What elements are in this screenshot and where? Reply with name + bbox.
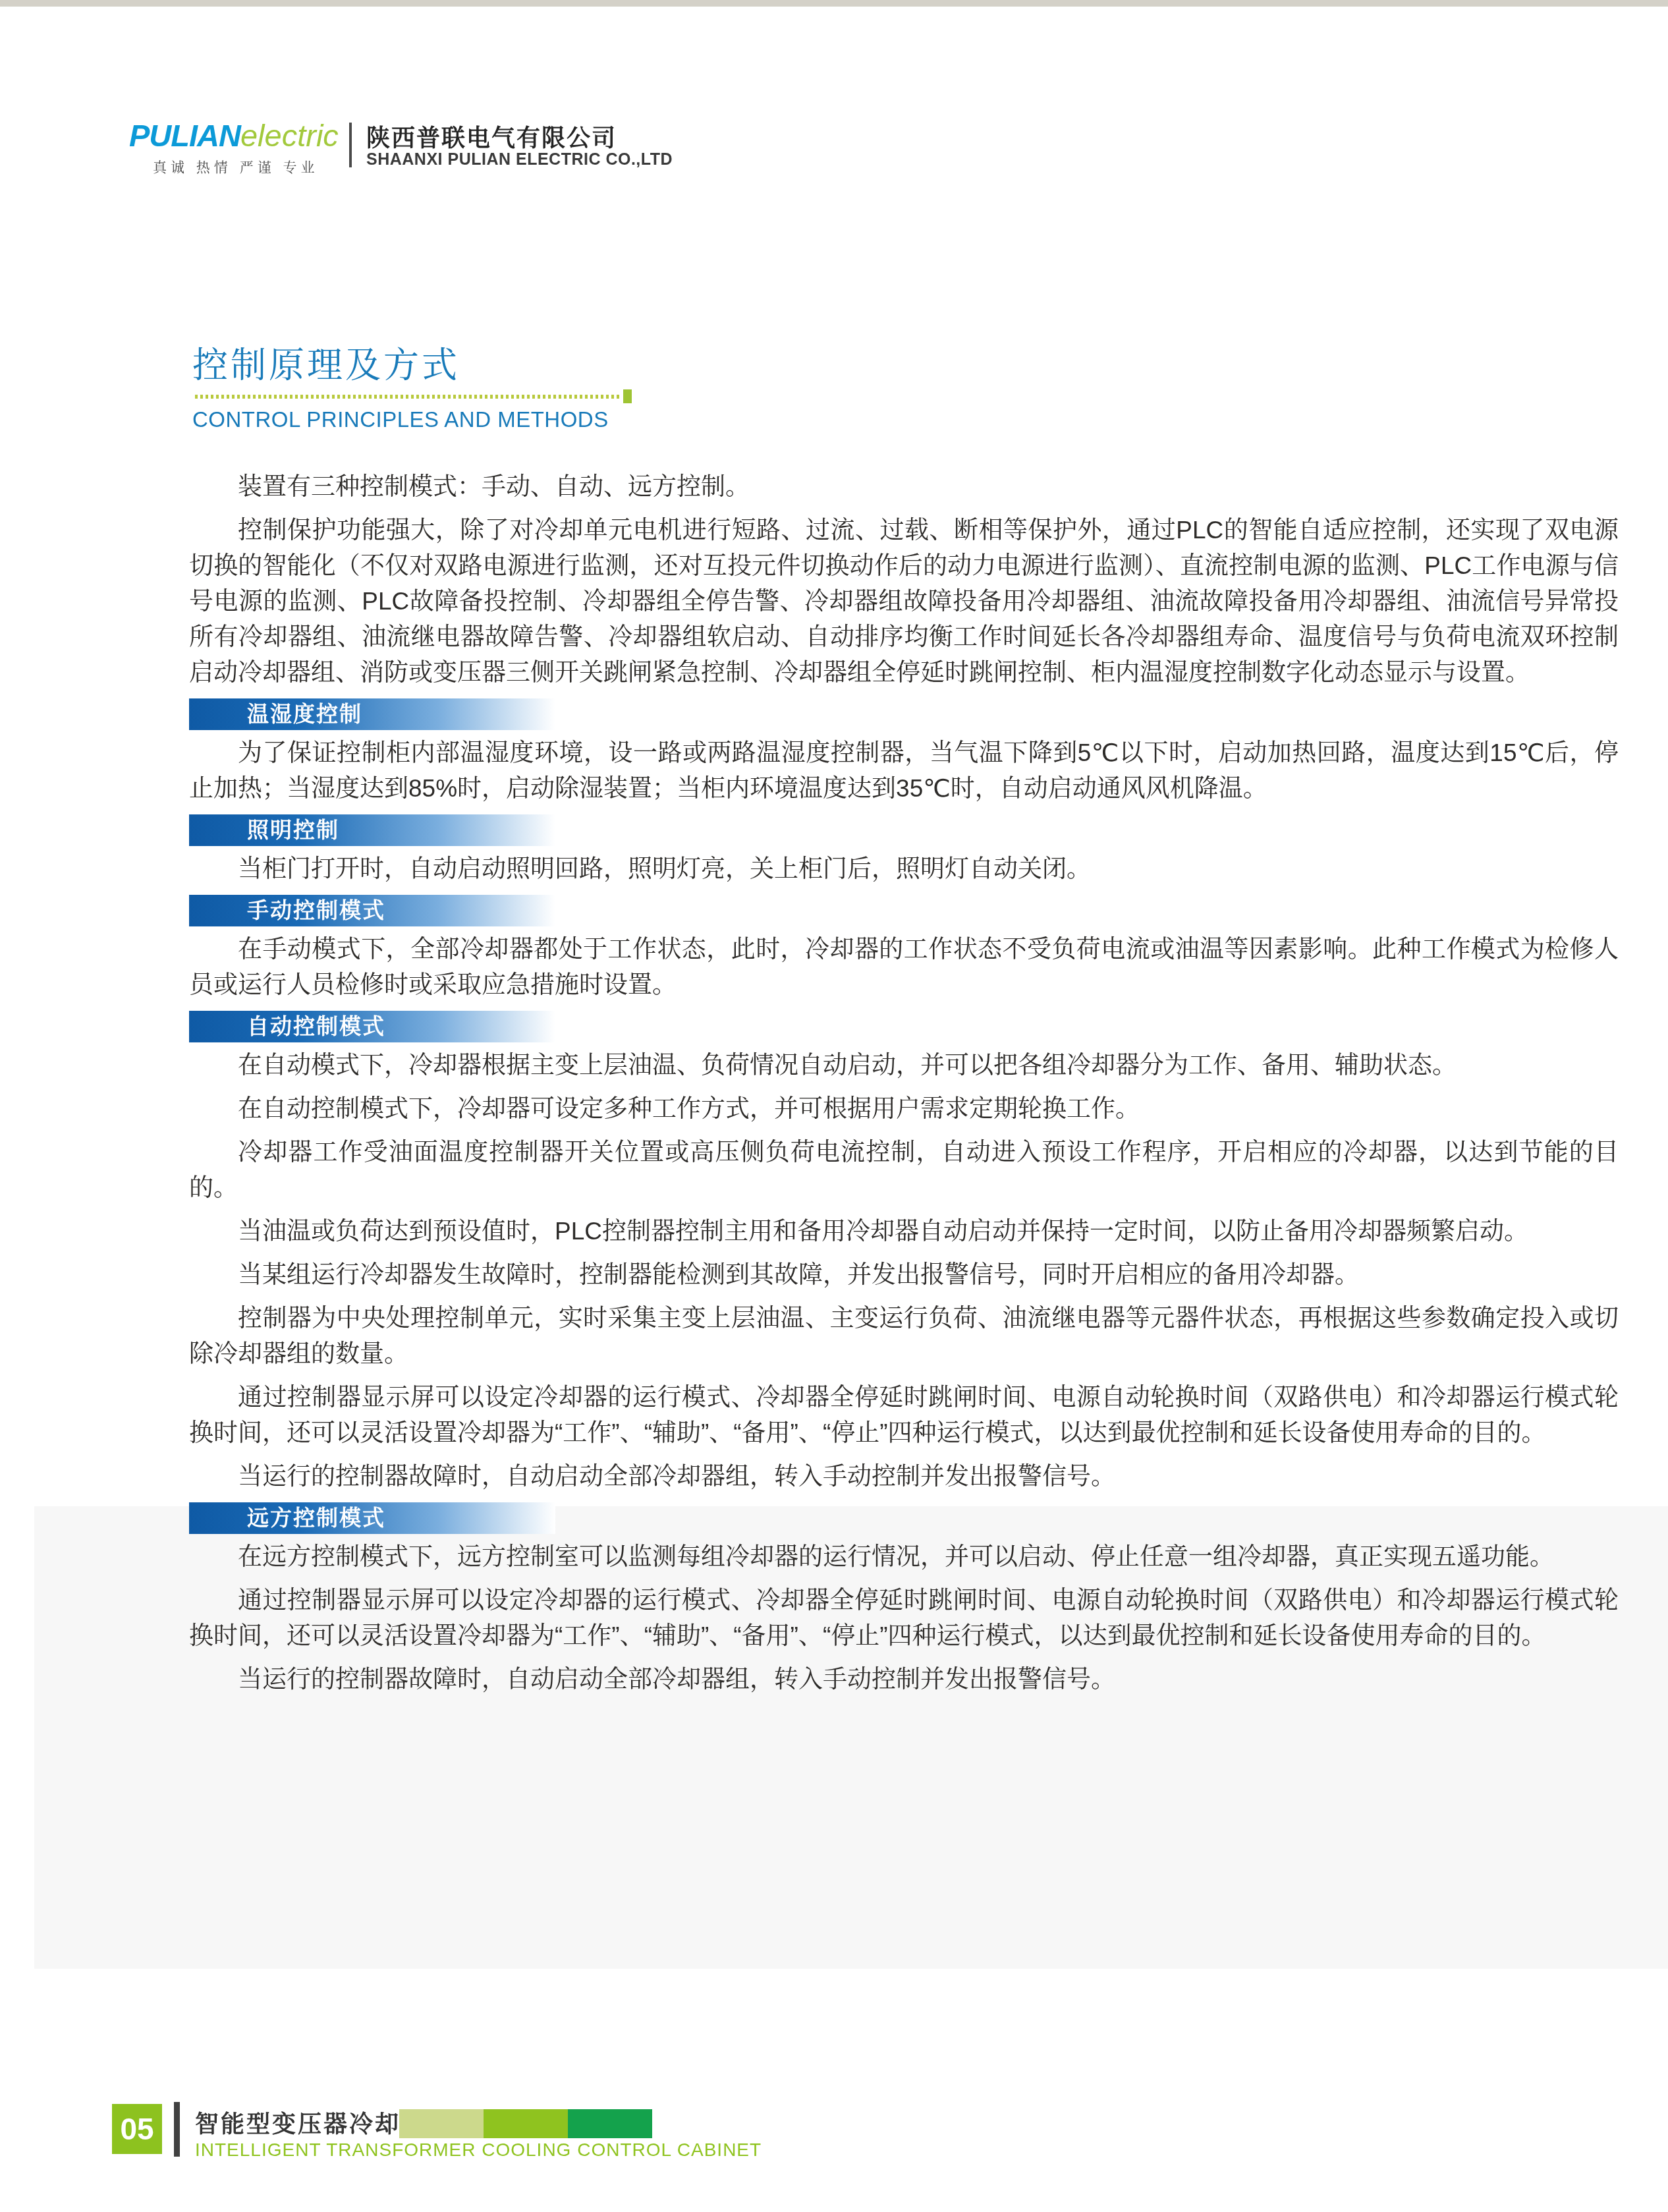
logo-pulian-text: PULIAN (129, 118, 240, 153)
section-paragraph: 在自动模式下，冷却器根据主变上层油温、负荷情况自动启动，并可以把各组冷却器分为工… (189, 1048, 1619, 1083)
page-number-badge: 05 (112, 2104, 162, 2154)
section-header-lighting-control: 照明控制 (189, 814, 555, 846)
page-title: 控制原理及方式 (192, 337, 460, 388)
logo-electric-text: electric (240, 118, 339, 153)
strip-segment-light (399, 2109, 484, 2138)
section-header-auto-mode: 自动控制模式 (189, 1011, 555, 1042)
section-paragraph: 控制器为中央处理控制单元，实时采集主变上层油温、主变运行负荷、油流继电器等元器件… (189, 1301, 1619, 1372)
section-paragraph: 通过控制器显示屏可以设定冷却器的运行模式、冷却器全停延时跳闸时间、电源自动轮换时… (189, 1583, 1619, 1654)
company-name-cn: 陕西普联电气有限公司 (366, 120, 617, 154)
intro-paragraph: 装置有三种控制模式：手动、自动、远方控制。 (189, 469, 1619, 505)
section-paragraph: 通过控制器显示屏可以设定冷却器的运行模式、冷却器全停延时跳闸时间、电源自动轮换时… (189, 1380, 1619, 1451)
section-paragraph: 当柜门打开时，自动启动照明回路，照明灯亮，关上柜门后，照明灯自动关闭。 (189, 851, 1619, 887)
section-paragraph: 当某组运行冷却器发生故障时，控制器能检测到其故障，并发出报警信号，同时开启相应的… (189, 1257, 1619, 1293)
section-header-remote-mode: 远方控制模式 (189, 1502, 555, 1534)
section-paragraph: 为了保证控制柜内部温湿度环境，设一路或两路温湿度控制器，当气温下降到5℃以下时，… (189, 735, 1619, 807)
footer-divider-bar (174, 2102, 180, 2157)
section-paragraph: 当运行的控制器故障时，自动启动全部冷却器组，转入手动控制并发出报警信号。 (189, 1459, 1619, 1494)
page-subtitle: CONTROL PRINCIPLES AND METHODS (192, 407, 609, 432)
section-paragraph: 冷却器工作受油面温度控制器开关位置或高压侧负荷电流控制，自动进入预设工作程序，开… (189, 1135, 1619, 1206)
section-header-manual-mode: 手动控制模式 (189, 895, 555, 926)
company-name-en: SHAANXI PULIAN ELECTRIC CO.,LTD (366, 150, 673, 169)
green-square-marker (623, 389, 632, 403)
section-paragraph: 在自动控制模式下，冷却器可设定多种工作方式，并可根据用户需求定期轮换工作。 (189, 1091, 1619, 1127)
section-paragraph: 在手动模式下，全部冷却器都处于工作状态，此时，冷却器的工作状态不受负荷电流或油温… (189, 932, 1619, 1003)
logo-wordmark: PULIANelectric (129, 119, 339, 153)
footer-product-title-en: INTELLIGENT TRANSFORMER COOLING CONTROL … (195, 2140, 762, 2161)
logo-tagline: 真诚 热情 严谨 专业 (153, 157, 339, 177)
section-header-humidity-control: 温湿度控制 (189, 698, 555, 730)
header-divider-line (349, 123, 352, 167)
intro-paragraph: 控制保护功能强大，除了对冷却单元电机进行短路、过流、过载、断相等保护外，通过PL… (189, 513, 1619, 691)
dotted-divider (195, 395, 622, 399)
section-paragraph: 当运行的控制器故障时，自动启动全部冷却器组，转入手动控制并发出报警信号。 (189, 1662, 1619, 1697)
catalog-page: PULIANelectric 真诚 热情 严谨 专业 陕西普联电气有限公司 SH… (0, 0, 1668, 2212)
footer-green-strip (399, 2109, 652, 2138)
strip-segment-dark (568, 2109, 652, 2138)
strip-segment-mid (484, 2109, 568, 2138)
body-content: 装置有三种控制模式：手动、自动、远方控制。 控制保护功能强大，除了对冷却单元电机… (189, 469, 1619, 1705)
section-paragraph: 在远方控制模式下，远方控制室可以监测每组冷却器的运行情况，并可以启动、停止任意一… (189, 1539, 1619, 1575)
company-logo: PULIANelectric 真诚 热情 严谨 专业 (129, 119, 339, 177)
section-paragraph: 当油温或负荷达到预设值时，PLC控制器控制主用和备用冷却器自动启动并保持一定时间… (189, 1214, 1619, 1249)
top-edge-bar (0, 0, 1668, 7)
